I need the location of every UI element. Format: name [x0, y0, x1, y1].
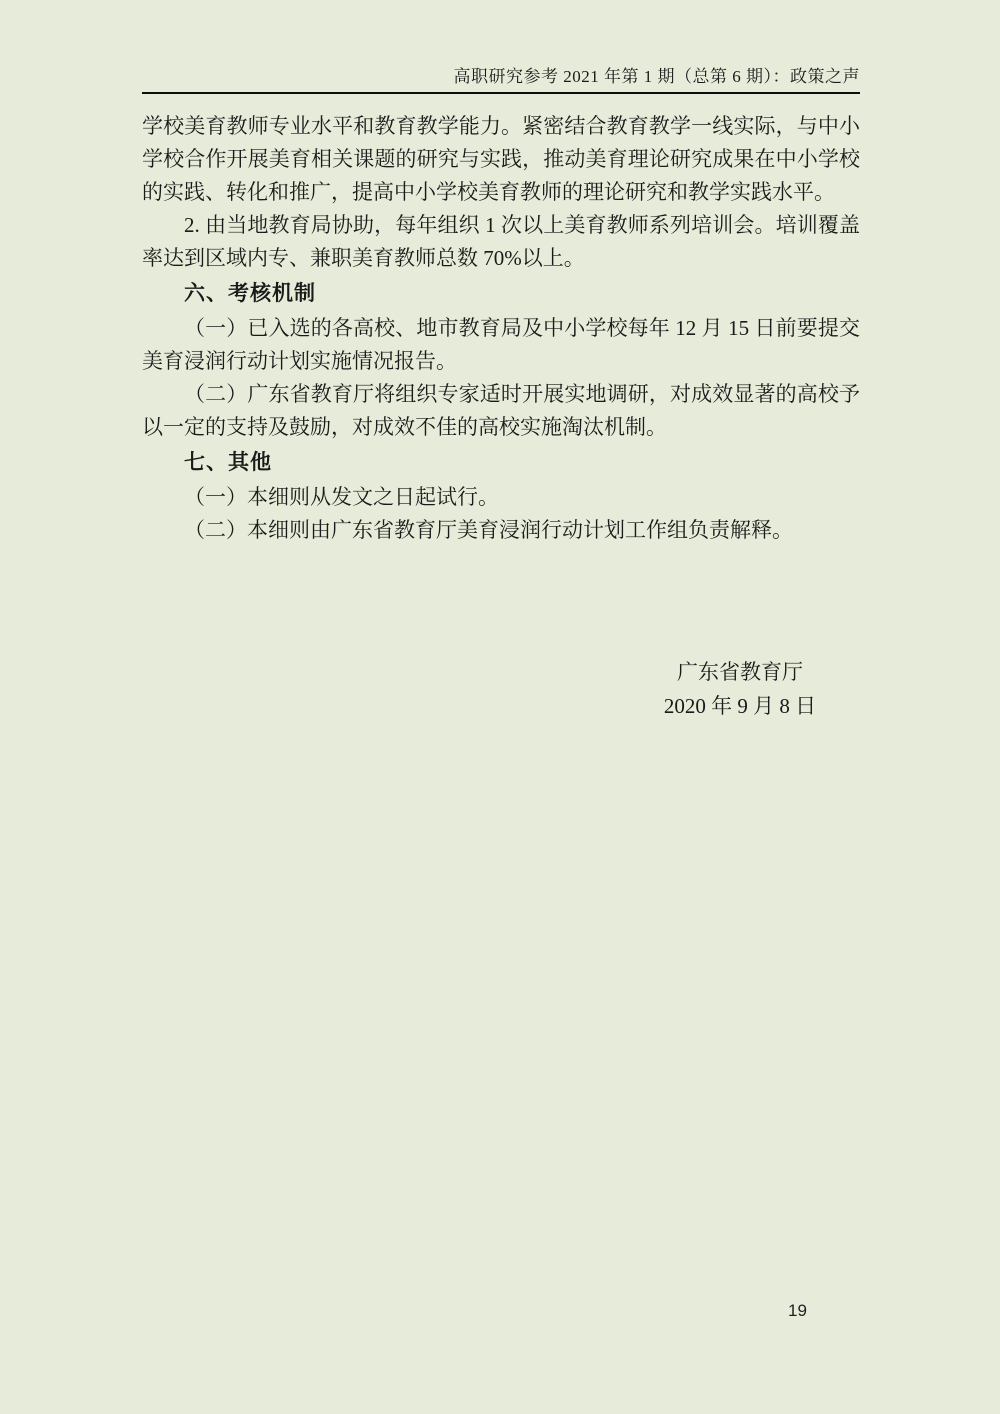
page-number: 19 — [788, 1301, 807, 1321]
document-page: 高职研究参考 2021 年第 1 期（总第 6 期）：政策之声 学校美育教师专业… — [0, 0, 1000, 1414]
document-content: 高职研究参考 2021 年第 1 期（总第 6 期）：政策之声 学校美育教师专业… — [142, 0, 860, 547]
paragraph: （二）广东省教育厅将组织专家适时开展实地调研，对成效显著的高校予以一定的支持及鼓… — [142, 378, 860, 444]
paragraph: 学校美育教师专业水平和教育教学能力。紧密结合教育教学一线实际，与中小学校合作开展… — [142, 110, 860, 209]
page-header: 高职研究参考 2021 年第 1 期（总第 6 期）：政策之声 — [142, 0, 860, 94]
section-heading: 七、其他 — [142, 446, 860, 479]
signature-date: 2020 年 9 月 8 日 — [620, 689, 860, 723]
signature-name: 广东省教育厅 — [620, 655, 860, 689]
paragraph: （一）已入选的各高校、地市教育局及中小学校每年 12 月 15 日前要提交美育浸… — [142, 312, 860, 378]
paragraph: （二）本细则由广东省教育厅美育浸润行动计划工作组负责解释。 — [142, 514, 860, 547]
signature-block: 广东省教育厅 2020 年 9 月 8 日 — [620, 655, 860, 723]
section-heading: 六、考核机制 — [142, 277, 860, 310]
paragraph: （一）本细则从发文之日起试行。 — [142, 481, 860, 514]
paragraph: 2. 由当地教育局协助，每年组织 1 次以上美育教师系列培训会。培训覆盖率达到区… — [142, 209, 860, 275]
document-body: 学校美育教师专业水平和教育教学能力。紧密结合教育教学一线实际，与中小学校合作开展… — [142, 110, 860, 547]
